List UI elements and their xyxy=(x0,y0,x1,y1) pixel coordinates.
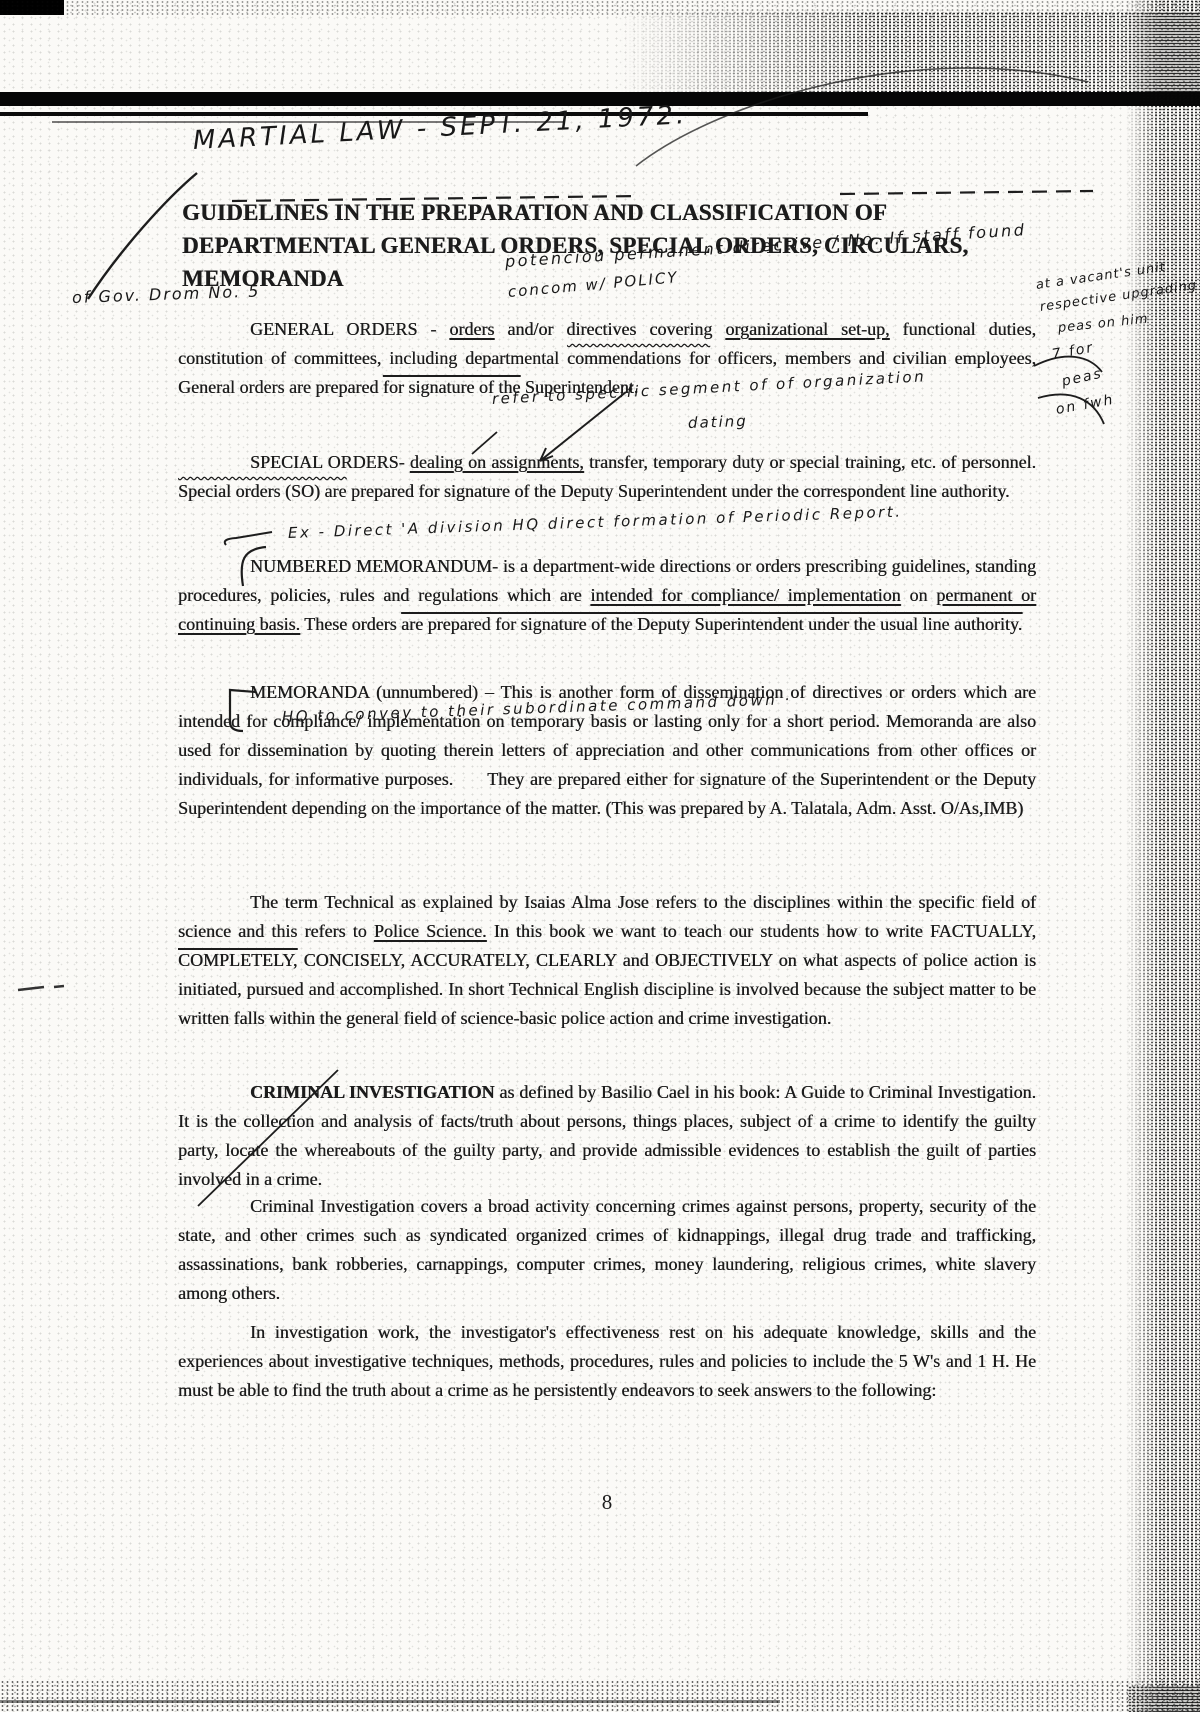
text-segment: In this book we want to teach our studen… xyxy=(487,921,1036,941)
text-segment: and/or directives covering xyxy=(494,319,725,339)
title-slash-stroke xyxy=(88,173,197,299)
top-edge-noise xyxy=(0,0,1200,16)
handwritten-right-margin-note-6: on fwh xyxy=(1055,392,1116,418)
handwritten-right-margin-note-3: peas on him xyxy=(1057,312,1149,336)
paragraph-numbered-memorandum: NUMBERED MEMORANDUM- is a department-wid… xyxy=(178,552,1036,639)
handwritten-right-margin-note-2: respective upgrading xyxy=(1039,278,1198,315)
paragraph-investigation-work: In investigation work, the investigator'… xyxy=(178,1318,1036,1405)
date-arc-stroke xyxy=(636,68,1088,166)
page-number: 8 xyxy=(178,1490,1036,1515)
bottom-right-ink-blob xyxy=(1128,1686,1200,1712)
text-segment-underlined: orders xyxy=(449,319,494,339)
commendations-tail-stroke xyxy=(1034,357,1102,372)
top-black-band xyxy=(0,92,1200,106)
text-segment-overlined: commendations for xyxy=(567,348,710,368)
text-segment: SPECIAL ORDERS- xyxy=(250,452,410,472)
text-segment-underlined: dealing on assignments, xyxy=(410,452,584,472)
scanned-document-page: GUIDELINES IN THE PREPARATION AND CLASSI… xyxy=(0,0,1200,1712)
handwritten-right-margin-note-4: 7 for xyxy=(1051,340,1096,363)
text-segment: CONCISELY, ACCURATELY, CLEARLY and OBJEC… xyxy=(178,950,1036,1028)
text-segment-underlined: Police Science. xyxy=(374,921,487,941)
paragraph-memoranda-unnumbered: MEMORANDA (unnumbered) – This is another… xyxy=(178,678,1036,823)
paragraph-general-orders: GENERAL ORDERS - orders and/or directive… xyxy=(178,315,1036,402)
signature-tail-stroke xyxy=(1038,394,1104,424)
text-segment-underlined: intended for compliance/ implementation xyxy=(590,585,900,605)
text-segment: prepared for signature of the Deputy Sup… xyxy=(346,481,1009,501)
bottom-thin-rule xyxy=(0,1700,780,1703)
ex-note-dash-stroke xyxy=(225,532,272,545)
title-line-3: MEMORANDA xyxy=(182,262,1012,295)
text-segment-overlined: for signature of the xyxy=(383,377,520,397)
title-line-2: DEPARTMENTAL GENERAL ORDERS, SPECIAL ORD… xyxy=(182,229,1012,262)
top-left-ink-blob xyxy=(0,0,64,15)
handwritten-date-note: MARTIAL LAW - SEPT. 21, 1972. xyxy=(192,100,688,156)
text-segment: Criminal Investigation covers a broad ac… xyxy=(178,1196,1036,1303)
document-title: GUIDELINES IN THE PREPARATION AND CLASSI… xyxy=(182,196,1012,295)
handwritten-right-margin-note-5: peas xyxy=(1060,366,1104,390)
text-segment: GENERAL ORDERS - xyxy=(250,319,449,339)
handwritten-special-orders-note: Ex - Direct 'A division HQ direct format… xyxy=(288,503,903,542)
title-line-1: GUIDELINES IN THE PREPARATION AND CLASSI… xyxy=(182,196,1012,229)
paragraph-criminal-investigation-definition: CRIMINAL INVESTIGATION as defined by Bas… xyxy=(178,1078,1036,1194)
text-segment: MEMORANDA (unnumbered) – This is another… xyxy=(178,682,1036,818)
handwritten-general-orders-note-2: dating xyxy=(688,412,748,432)
top-right-noise xyxy=(620,12,1200,106)
text-segment-bold: CRIMINAL INVESTIGATION xyxy=(250,1082,495,1102)
paragraph-special-orders: SPECIAL ORDERS- dealing on assignments, … xyxy=(178,448,1036,506)
right-edge-noise xyxy=(1126,0,1200,1712)
text-segment: on xyxy=(901,585,937,605)
top-faint-rule xyxy=(52,121,564,123)
text-segment-overlined: COMPLETELY, xyxy=(178,950,297,970)
top-thin-rule xyxy=(0,112,868,116)
text-segment: Superintendent. xyxy=(520,377,638,397)
left-margin-dashes xyxy=(18,986,64,990)
text-segment-underlined: organizational set-up, xyxy=(725,319,889,339)
bottom-edge-noise xyxy=(0,1680,1200,1712)
text-segment-overlined: Special orders (SO) are xyxy=(178,481,346,501)
paragraph-term-technical: The term Technical as explained by Isaia… xyxy=(178,888,1036,1033)
text-segment: These orders xyxy=(300,614,401,634)
text-segment: In investigation work, the investigator'… xyxy=(178,1322,1036,1400)
handwritten-right-margin-note-1: at a vacant's unit xyxy=(1035,260,1167,293)
text-segment: transfer, temporary duty or special trai… xyxy=(584,452,1036,472)
text-segment-overlined: are prepared for signature of the Deputy… xyxy=(401,614,1022,634)
paragraph-criminal-investigation-scope: Criminal Investigation covers a broad ac… xyxy=(178,1192,1036,1308)
